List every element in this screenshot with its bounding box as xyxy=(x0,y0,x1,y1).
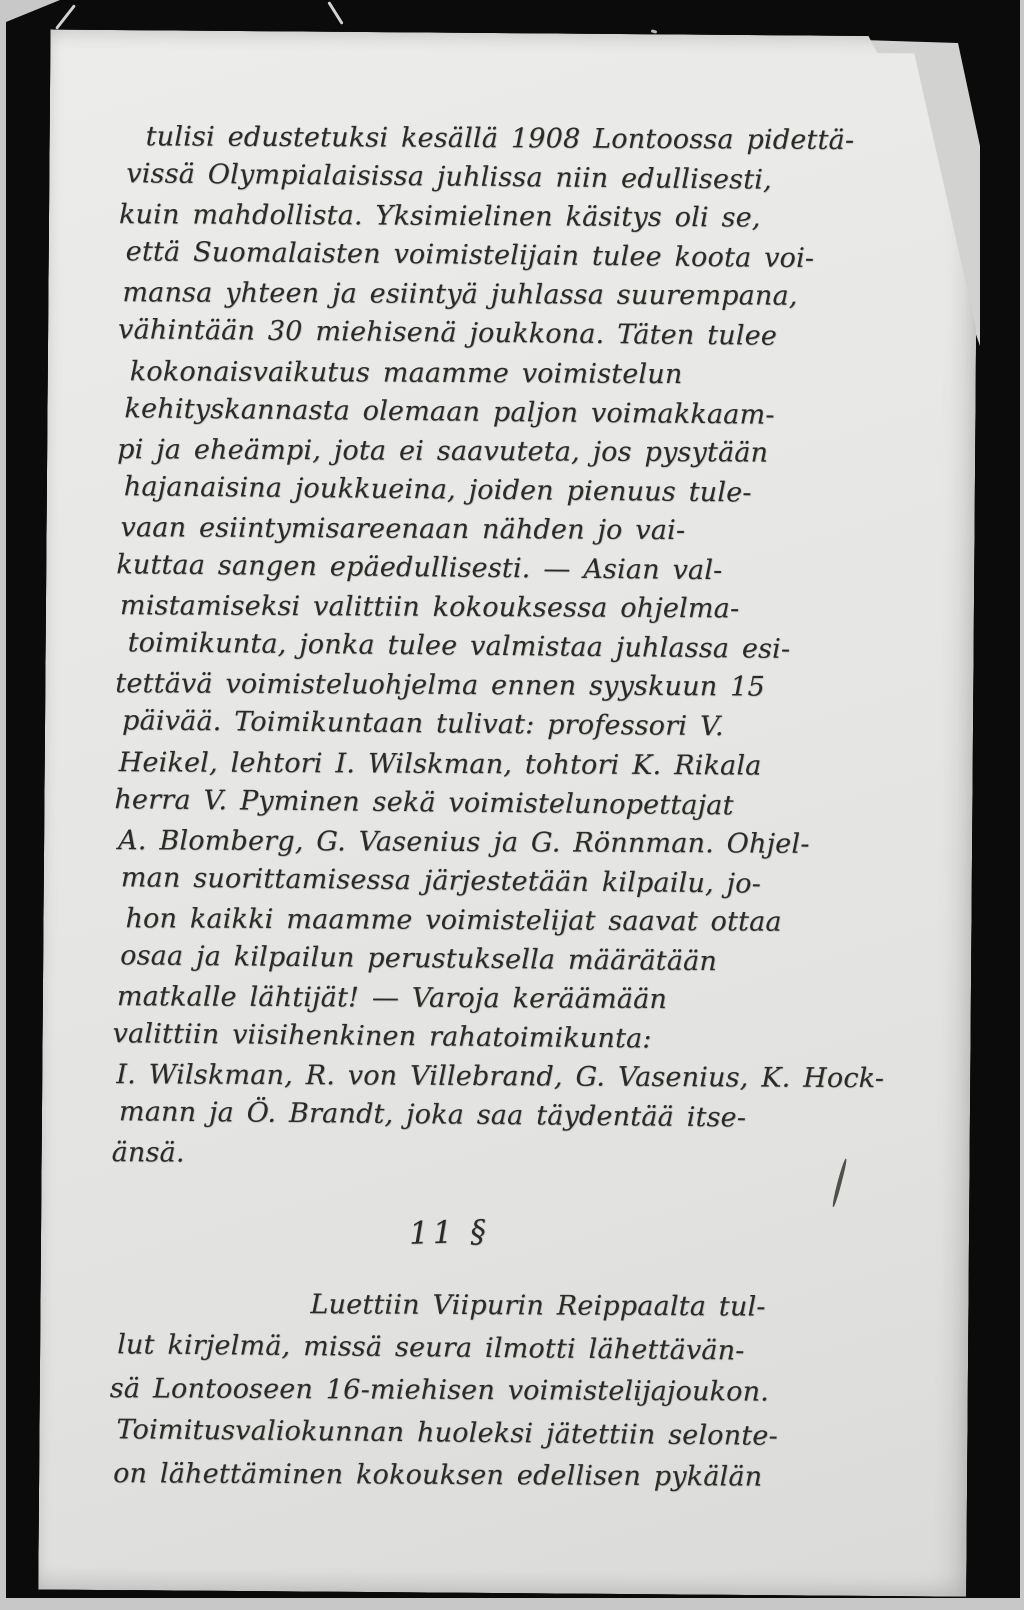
manuscript-line: osaa ja kilpailun perustuksella määrätää… xyxy=(120,936,945,983)
section-heading-11: 11 § xyxy=(409,1214,491,1252)
manuscript-line: että Suomalaisten voimistelijain tulee k… xyxy=(126,233,951,280)
manuscript-line: pi ja eheämpi, jota ei saavuteta, jos py… xyxy=(117,430,949,473)
manuscript-line: Luettiin Viipurin Reippaalta tul- xyxy=(114,1283,942,1330)
manuscript-line: sä Lontooseen 16-miehisen voimistelijajo… xyxy=(110,1368,942,1415)
manuscript-line: lut kirjelmä, missä seura ilmotti lähett… xyxy=(117,1324,942,1375)
manuscript-line: kokonaisvaikutus maamme voimistelun xyxy=(130,352,950,395)
manuscript-line: hajanaisina joukkueina, joiden pienuus t… xyxy=(124,467,949,514)
manuscript-line: toimikunta, jonka tulee valmistaa juhlas… xyxy=(127,624,947,671)
manuscript-line: kehityskannasta olemaan paljon voimakkaa… xyxy=(124,389,949,436)
manuscript-page: tulisi edustetuksi kesällä 1908 Lontooss… xyxy=(38,30,978,1597)
manuscript-line: tettävä voimisteluohjelma ennen syyskuun… xyxy=(115,664,947,707)
manuscript-line: matkalle lähtijät! — Varoja keräämään xyxy=(117,977,945,1020)
minutes-paragraph-10: tulisi edustetuksi kesällä 1908 Lontooss… xyxy=(116,116,952,1178)
manuscript-line: änsä. xyxy=(112,1134,944,1177)
manuscript-line: kuin mahdollista. Yksimielinen käsitys o… xyxy=(119,195,951,238)
scanned-document: tulisi edustetuksi kesällä 1908 Lontooss… xyxy=(0,0,1024,1610)
manuscript-line: mann ja Ö. Brandt, joka saa täydentää it… xyxy=(119,1093,944,1140)
manuscript-line: herra V. Pyminen sekä voimistelunopettaj… xyxy=(114,780,946,827)
manuscript-line: vaan esiintymisareenaan nähden jo vai- xyxy=(120,508,948,551)
manuscript-line: mistamiseksi valittiin kokouksessa ohjel… xyxy=(120,586,948,629)
manuscript-line: Heikel, lehtori I. Wilskman, tohtori K. … xyxy=(119,743,947,786)
manuscript-line: vähintään 30 miehisenä joukkona. Täten t… xyxy=(118,311,950,358)
manuscript-line: päivää. Toimikuntaan tulivat: professori… xyxy=(122,702,947,749)
manuscript-line: mansa yhteen ja esiintyä juhlassa suurem… xyxy=(122,274,950,317)
manuscript-line: Toimitusvaliokunnan huoleksi jätettiin s… xyxy=(116,1409,941,1460)
manuscript-line: tulisi edustetuksi kesällä 1908 Lontooss… xyxy=(124,117,952,160)
manuscript-line: vissä Olympialaisissa juhlissa niin edul… xyxy=(126,154,951,201)
manuscript-line: I. Wilskman, R. von Villebrand, G. Vasen… xyxy=(116,1055,944,1098)
film-scratch-mark xyxy=(55,4,76,29)
manuscript-line: man suorittamisessa järjestetään kilpail… xyxy=(121,858,946,905)
manuscript-line: on lähettäminen kokouksen edellisen pykä… xyxy=(113,1454,941,1501)
manuscript-line: A. Blomberg, G. Vasenius ja G. Rönnman. … xyxy=(118,821,946,864)
film-scratch-mark xyxy=(327,1,343,25)
film-scratch-mark xyxy=(651,29,658,33)
manuscript-line: hon kaikki maamme voimistelijat saavat o… xyxy=(125,899,945,942)
minutes-paragraph-11: Luettiin Viipurin Reippaalta tul-lut kir… xyxy=(113,1282,943,1501)
manuscript-line: valittiin viisihenkinen rahatoimikunta: xyxy=(112,1014,944,1061)
manuscript-line: kuttaa sangen epäedullisesti. — Asian va… xyxy=(116,545,948,592)
